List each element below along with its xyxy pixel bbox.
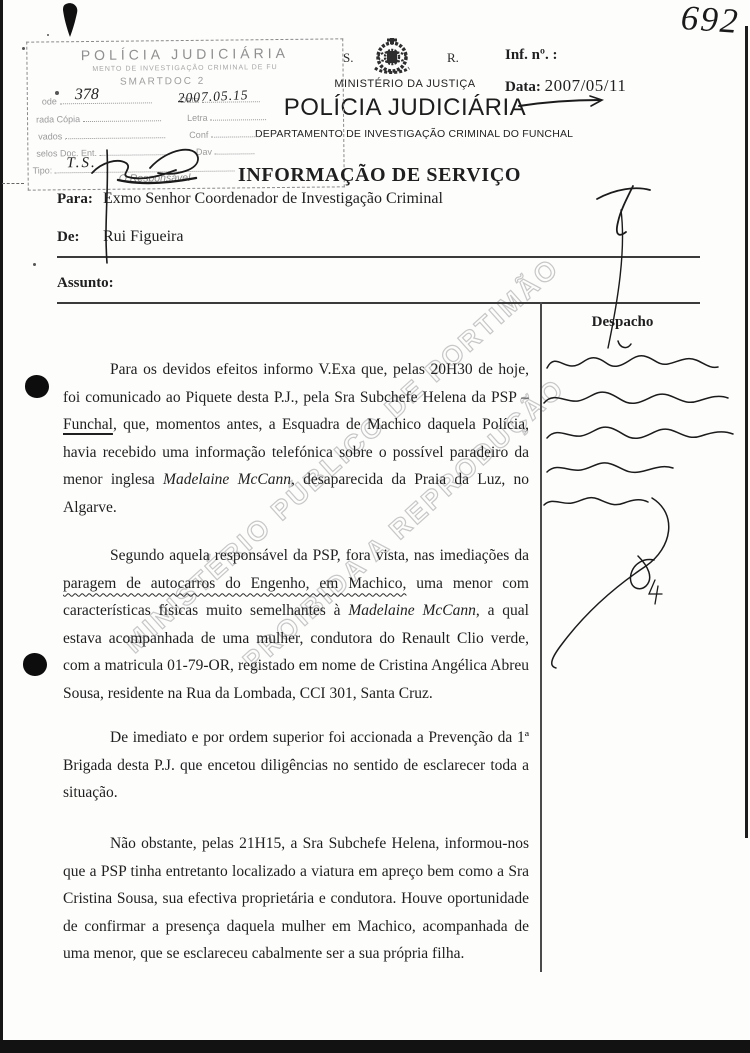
assunto-label: Assunto: (57, 275, 114, 292)
handwritten-register-number: 378 (75, 86, 99, 104)
paragraph-2: Segundo aquela responsável da PSP, fora … (63, 542, 529, 708)
scan-speck (22, 47, 25, 50)
scanned-document-page: MINISTÉRIO PÚBLICO DE PORTIMÃO PROIBIDA … (0, 0, 750, 1053)
body-text-line: situação. (63, 779, 529, 807)
despacho-divider (540, 302, 542, 972)
body-text-line: com a matricula 01-79-OR, registado em n… (63, 652, 529, 680)
body-text-line: De imediato e por ordem superior foi acc… (63, 724, 529, 752)
stamp-row: vados Conf (38, 128, 259, 141)
scan-speck (33, 263, 36, 266)
para-value: Exmo Senhor Coordenador de Investigação … (103, 190, 583, 208)
stamp-responsible-label: O Responsável (119, 172, 191, 185)
de-line: De: Rui Figueira (57, 229, 80, 246)
paragraph-4: Não obstante, pelas 21H15, a Sra Subchef… (63, 830, 529, 968)
stamp-title: POLÍCIA JUDICIÁRIA (27, 44, 342, 63)
stamp-blank-line (65, 129, 165, 139)
para-line: Para: Exmo Senhor Coordenador de Investi… (57, 191, 93, 208)
de-label: De: (57, 229, 80, 245)
horizontal-rule (57, 302, 700, 304)
document-title: INFORMAÇÃO DE SERVIÇO (238, 164, 521, 187)
body-text-line: Brigada desta P.J. que encetou diligênci… (63, 752, 529, 780)
stamp-field-label: Letra (187, 113, 208, 123)
horizontal-rule (57, 256, 700, 258)
body-text-line: uma menor, que se esclareceu cabalmente … (63, 940, 529, 968)
scan-edge-left (0, 0, 3, 1053)
header-reference-block: Inf. nº. : Data: 2007/05/11 (505, 47, 735, 96)
coat-of-arms-icon (363, 36, 421, 83)
body-text-line: havia recebido uma informação telefónica… (63, 439, 529, 467)
body-text-line: Segundo aquela responsável da PSP, fora … (63, 542, 529, 570)
date-value: 2007/05/11 (545, 76, 627, 95)
body-text-line: Não obstante, pelas 21H15, a Sra Subchef… (63, 830, 529, 858)
stamp-field-label: Dav (196, 147, 212, 157)
body-text-line: Sousa, residente na Rua da Lombada, CCI … (63, 680, 529, 708)
body-text-line: estava acompanhada de uma mulher, condut… (63, 625, 529, 653)
stamp-blank-line (59, 94, 151, 104)
stamp-blank-line (210, 111, 266, 121)
de-value: Rui Figueira (103, 228, 183, 246)
body-text-line: menor inglesa Madelaine McCann, desapare… (63, 466, 529, 494)
paragraph-1: Para os devidos efeitos informo V.Exa qu… (63, 356, 529, 522)
despacho-label: Despacho (560, 314, 685, 331)
body-text-line: que a PSP tinha entretanto localizado a … (63, 858, 529, 886)
stamp-field-label: ode (42, 96, 57, 106)
handwritten-register-date: 2007.05.15 (177, 87, 248, 106)
ink-blob (63, 3, 77, 37)
paragraph-3: De imediato e por ordem superior foi acc… (63, 724, 529, 807)
body-text-line: Cristina Sousa, sua efectiva proprietári… (63, 885, 529, 913)
punch-hole-top (25, 375, 49, 398)
date-line: Data: 2007/05/11 (505, 76, 735, 96)
scan-dash-mark (2, 183, 24, 184)
stamp-blank-line (99, 146, 169, 156)
inf-number-label: Inf. nº. : (505, 47, 735, 64)
body-text-line: Funchal, que, momentos antes, a Esquadra… (63, 411, 529, 439)
stamp-field-label: Conf (189, 130, 208, 140)
handwritten-page-number: 692 (680, 0, 741, 42)
stamp-field-label: rada Cópia (36, 114, 80, 124)
date-label: Data: (505, 79, 541, 95)
stamp-field-label: vados (38, 131, 62, 141)
sigla-r: R. (447, 50, 459, 66)
scan-speck (47, 34, 49, 36)
stamp-blank-line (83, 112, 161, 122)
body-text-line: características físicas muito semelhante… (63, 597, 529, 625)
para-label: Para: (57, 191, 93, 207)
punch-hole-bottom (23, 653, 47, 676)
stamp-blank-line (211, 128, 259, 138)
body-text-line: paragem de autocarros do Engenho, em Mac… (63, 570, 529, 598)
stamp-blank-line (214, 145, 254, 154)
scan-bottom-bar (0, 1040, 750, 1053)
body-text-line: Para os devidos efeitos informo V.Exa qu… (63, 356, 529, 384)
handwritten-doc-type: T.S. (66, 155, 96, 172)
stamp-row: rada Cópia Letra (36, 111, 266, 124)
sigla-s: S. (343, 50, 353, 66)
body-text-line: Algarve. (63, 494, 529, 522)
stamp-subtitle: MENTO DE INVESTIGAÇÃO CRIMINAL DE FU (27, 63, 342, 73)
stamp-field-label: Tipo: (33, 165, 53, 175)
body-text-line: foi comunicado ao Piquete desta P.J., pe… (63, 384, 529, 412)
body-text-line: de confirmar a presença daquela mulher e… (63, 913, 529, 941)
